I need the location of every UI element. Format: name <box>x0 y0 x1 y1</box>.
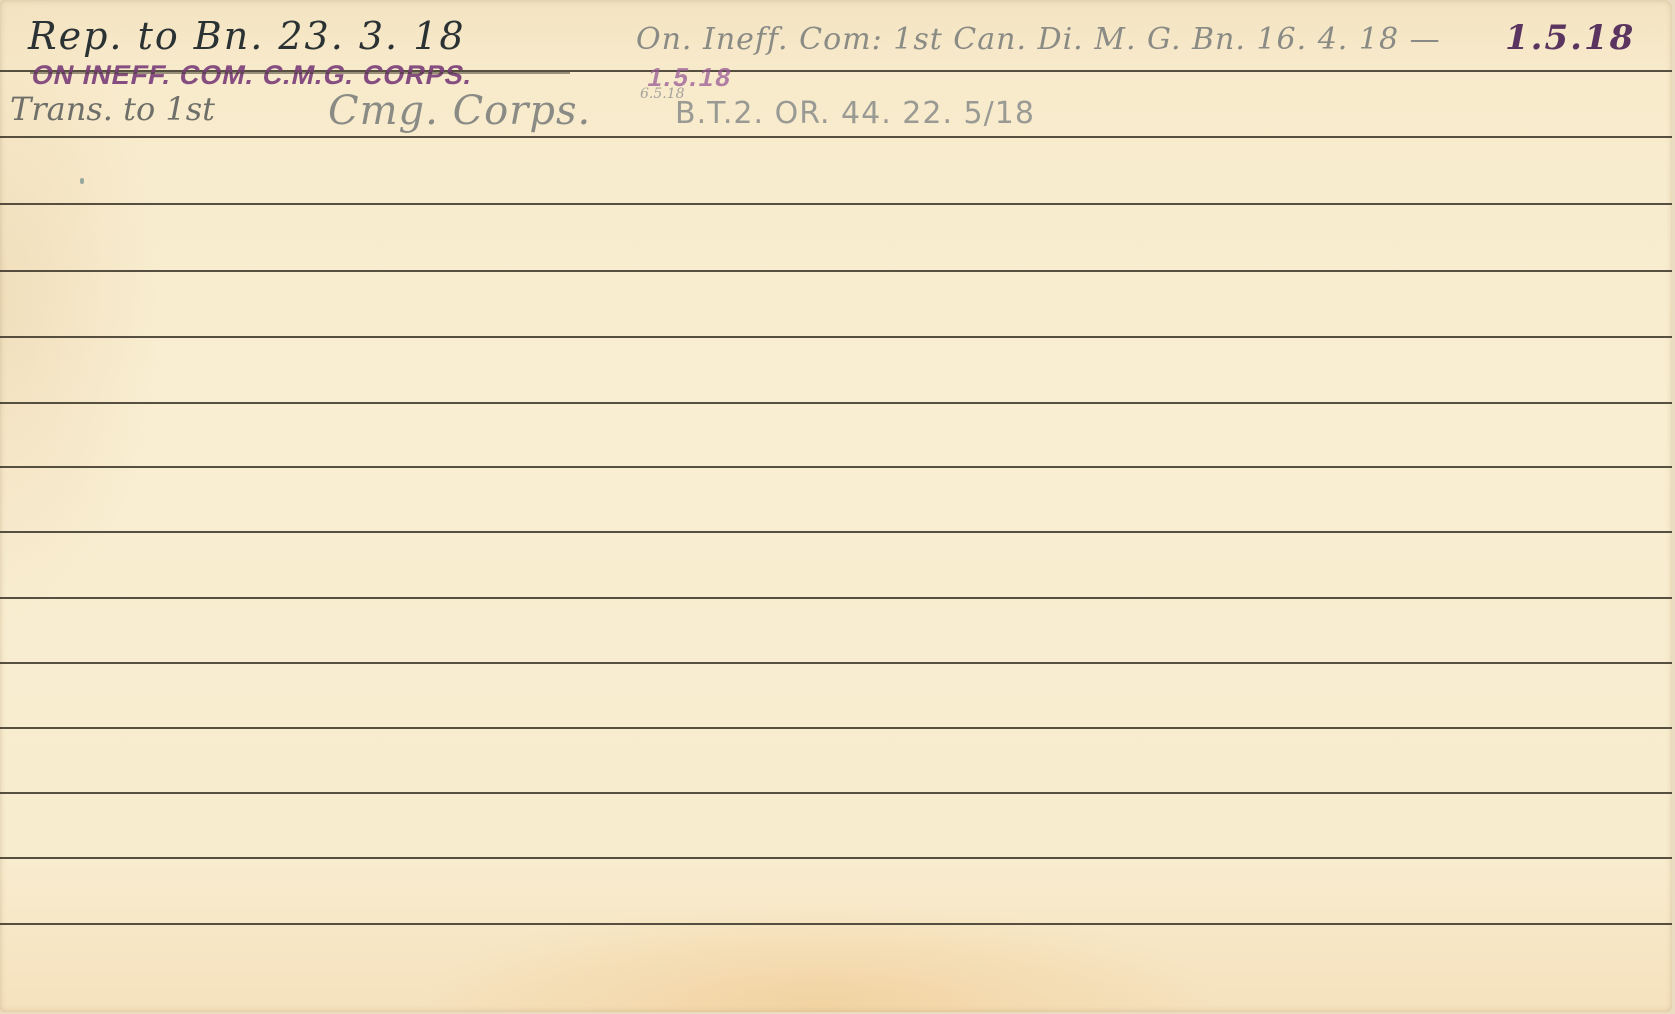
entry-ineff-com-pencil: On. Ineff. Com: 1st Can. Di. M. G. Bn. 1… <box>636 22 1441 57</box>
rule-line <box>0 662 1672 664</box>
rule-line <box>0 136 1672 138</box>
rule-line <box>0 270 1672 272</box>
rule-line <box>0 531 1672 533</box>
rule-line <box>0 923 1672 925</box>
entry-trans-prefix: Trans. to 1st <box>10 90 215 128</box>
index-card: Rep. to Bn. 23. 3. 18 On. Ineff. Com: 1s… <box>0 0 1672 1012</box>
rule-line <box>0 597 1672 599</box>
ink-fleck <box>80 178 84 184</box>
entry-reference-number: B.T.2. OR. 44. 22. 5/18 <box>675 96 1035 131</box>
rule-line <box>0 466 1672 468</box>
rule-line <box>0 336 1672 338</box>
entry-date-purple: 1.5.18 <box>1505 18 1635 58</box>
rule-line <box>0 792 1672 794</box>
rule-line <box>0 203 1672 205</box>
entry-cmg-corps: Cmg. Corps. <box>328 88 591 134</box>
entry-rep-to-bn: Rep. to Bn. 23. 3. 18 <box>28 14 466 58</box>
rule-line <box>0 402 1672 404</box>
strikethrough-line <box>30 72 570 74</box>
stamp-ineff-com-corps: ON INEFF. COM. C.M.G. CORPS. <box>29 60 476 91</box>
rule-line <box>0 857 1672 859</box>
rule-line <box>0 727 1672 729</box>
